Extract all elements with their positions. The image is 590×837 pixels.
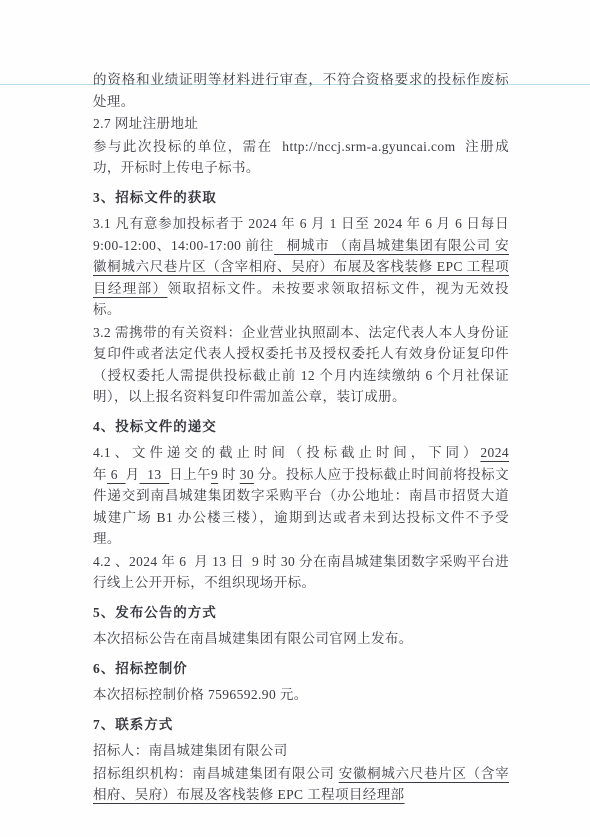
- underlined-text-run: 2024: [480, 445, 509, 460]
- text-run: 本次招标公告在南昌城建集团有限公司官网上发布。: [93, 631, 413, 646]
- paragraph: 本次招标控制价格 7596592.90 元。: [93, 684, 509, 706]
- text-run: 4.2 、2024 年 6 月 13 日 9 时 30 分在南昌城建集团数字采购…: [93, 554, 509, 591]
- underlined-text-run: 13: [140, 467, 170, 482]
- text-run: 6、招标控制价: [93, 661, 188, 676]
- document-body: 的资格和业绩证明等材料进行审查，不符合资格要求的投标作废标处理。2.7 网址注册…: [93, 69, 509, 807]
- paragraph: 3.1 凡有意参加投标者于 2024 年 6 月 1 日至 2024 年 6 月…: [93, 213, 509, 321]
- paragraph: 3.2 需携带的有关资料：企业营业执照副本、法定代表人本人身份证复印件或者法定代…: [93, 322, 509, 408]
- text-run: 参与此次投标的单位，需在 http://nccj.srm-a.gyuncai.c…: [93, 139, 509, 176]
- paragraph: 招标人：南昌城建集团有限公司: [93, 740, 509, 762]
- text-run: 3.2 需携带的有关资料：企业营业执照副本、法定代表人本人身份证复印件或者法定代…: [93, 325, 509, 405]
- paragraph: 招标组织机构：南昌城建集团有限公司 安徽桐城六尺巷片区（含宰相府、吴府）布展及客…: [93, 763, 509, 806]
- text-run: 年: [93, 467, 107, 482]
- paragraph: 参与此次投标的单位，需在 http://nccj.srm-a.gyuncai.c…: [93, 136, 509, 179]
- text-run: 5、发布公告的方式: [93, 605, 217, 620]
- scanned-document-page: 的资格和业绩证明等材料进行审查，不符合资格要求的投标作废标处理。2.7 网址注册…: [0, 0, 590, 837]
- underlined-text-run: 6: [107, 467, 126, 482]
- text-run: 招标组织机构：南昌城建集团有限公司: [93, 766, 339, 781]
- text-run: 4.1、文件递交的截止时间（投标截止时间，下同）: [93, 445, 480, 460]
- text-run: 7、联系方式: [93, 717, 173, 732]
- section-heading: 7、联系方式: [93, 714, 509, 736]
- section-heading: 5、发布公告的方式: [93, 602, 509, 624]
- section-heading: 3、招标文件的获取: [93, 187, 509, 209]
- paragraph: 的资格和业绩证明等材料进行审查，不符合资格要求的投标作废标处理。: [93, 69, 509, 112]
- section-heading: 6、招标控制价: [93, 658, 509, 680]
- text-run: 4、投标文件的递交: [93, 419, 217, 434]
- text-run: 时: [218, 467, 240, 482]
- underlined-text-run: 30: [240, 467, 254, 482]
- paragraph: 4.2 、2024 年 6 月 13 日 9 时 30 分在南昌城建集团数字采购…: [93, 551, 509, 594]
- section-heading: 4、投标文件的递交: [93, 416, 509, 438]
- text-run: 的资格和业绩证明等材料进行审查，不符合资格要求的投标作废标处理。: [93, 72, 509, 109]
- text-run: 本次招标控制价格 7596592.90 元。: [93, 687, 308, 702]
- text-run: 招标人：南昌城建集团有限公司: [93, 743, 288, 758]
- paragraph: 4.1、文件递交的截止时间（投标截止时间，下同）2024 年 6 月 13 日上…: [93, 442, 509, 550]
- paragraph: 2.7 网址注册地址: [93, 113, 509, 135]
- text-run: 3、招标文件的获取: [93, 190, 217, 205]
- text-run: 2.7 网址注册地址: [93, 116, 198, 131]
- paragraph: 本次招标公告在南昌城建集团有限公司官网上发布。: [93, 628, 509, 650]
- text-run: 日上午: [169, 467, 211, 482]
- text-run: 月: [126, 467, 140, 482]
